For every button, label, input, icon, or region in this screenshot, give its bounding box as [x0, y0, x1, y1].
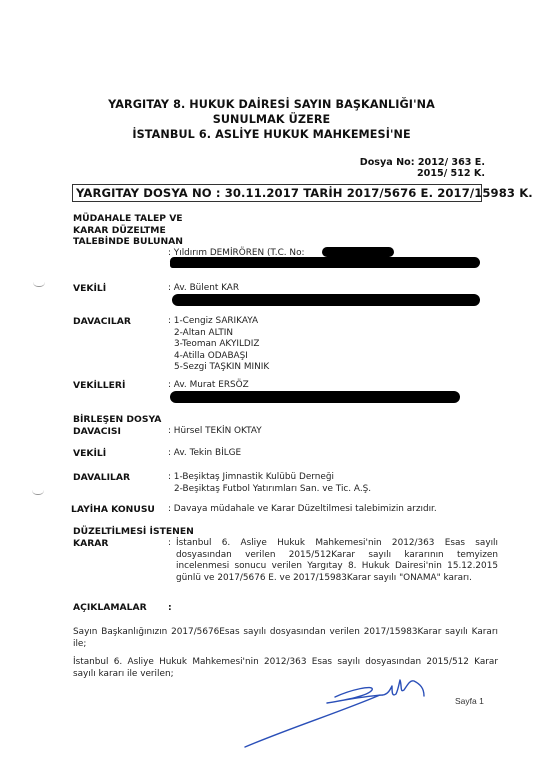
page-number: Sayfa 1	[455, 696, 484, 706]
document-page: YARGITAY 8. HUKUK DAİRESİ SAYIN BAŞKANLI…	[0, 0, 543, 768]
signature-icon	[0, 0, 543, 768]
